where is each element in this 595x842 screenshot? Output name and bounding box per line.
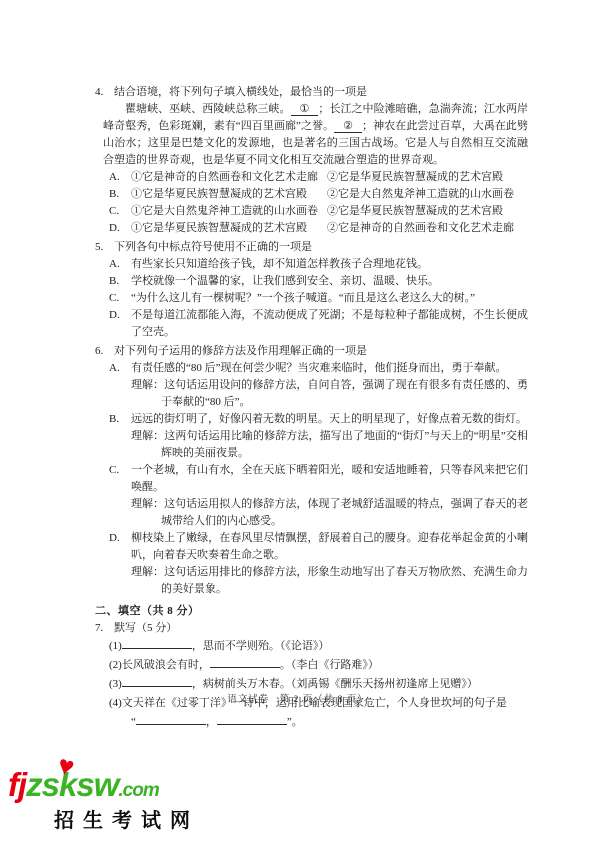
option-sentence: 柳枝染上了嫩绿，在春风里尽情飘摆，舒展着自己的腰身。迎春花举起金黄的小喇叭，向着… <box>131 530 528 564</box>
option-label: C. <box>109 462 131 530</box>
q5-option-d: D. 不是每道江流都能入海，不流动便成了死湖；不是每粒种子都能成树，不生长便成了… <box>109 307 528 341</box>
option-sentence: 有责任感的“80 后”现在何尝少呢？当灾难来临时，他们挺身而出，勇于奉献。 <box>131 360 528 377</box>
q4-options: A. ①它是神奇的自然画卷和文化艺术走廊 ②它是华夏民族智慧凝成的艺术宫殿 B.… <box>109 169 528 237</box>
option-sentence: 一个老城，有山有水，全在天底下晒着阳光，暖和安适地睡着，只等春风来把它们唤醒。 <box>131 462 528 496</box>
watermark-site-name: 招生考试网 <box>54 809 238 833</box>
blank-underline <box>122 637 192 649</box>
option-label: B. <box>109 411 131 462</box>
option-part2: ②它是华夏民族智慧凝成的艺术宫殿 <box>327 169 528 186</box>
option-analysis: 理解：这句话运用排比的修辞方法，形象生动地写出了春天万物欣然、充满生命力的美好景… <box>131 564 528 598</box>
option-analysis: 理解：这两句话运用比喻的修辞方法，描写出了地面的“街灯”与天上的“明星”交相辉映… <box>131 428 528 462</box>
q4-option-c: C. ①它是大自然鬼斧神工造就的山水画卷 ②它是华夏民族智慧凝成的艺术宫殿 <box>109 203 528 220</box>
q7-number: 7. <box>95 620 114 637</box>
section-2-heading: 二、填空（共 8 分） <box>95 603 528 620</box>
q4-option-b: B. ①它是华夏民族智慧凝成的艺术宫殿 ②它是大自然鬼斧神工造就的山水画卷 <box>109 186 528 203</box>
option-part1: ①它是华夏民族智慧凝成的艺术宫殿 <box>131 220 327 237</box>
option-body: 有责任感的“80 后”现在何尝少呢？当灾难来临时，他们挺身而出，勇于奉献。 理解… <box>131 360 528 411</box>
q4-stem-text: 结合语境，将下列句子填入横线处，最恰当的一项是 <box>114 84 367 101</box>
q6-stem: 6. 对下列句子运用的修辞方法及作用理解正确的一项是 <box>95 343 528 360</box>
item-text-before: 长风破浪会有时， <box>122 659 210 671</box>
question-5: 5. 下列各句中标点符号使用不正确的一项是 A. 有些家长只知道给孩子钱，却不知… <box>95 239 528 341</box>
q5-option-b: B. 学校就像一个温馨的家，让我们感到安全、亲切、温暖、快乐。 <box>109 273 528 290</box>
q4-option-a: A. ①它是神奇的自然画卷和文化艺术走廊 ②它是华夏民族智慧凝成的艺术宫殿 <box>109 169 528 186</box>
option-text: 有些家长只知道给孩子钱，却不知道怎样教孩子合理地花钱。 <box>131 256 528 273</box>
option-analysis: 理解：这句话运用拟人的修辞方法，体现了老城舒适温暖的特点，强调了春天的老城带给人… <box>131 496 528 530</box>
q6-option-c: C. 一个老城，有山有水，全在天底下晒着阳光，暖和安适地睡着，只等春风来把它们唤… <box>109 462 528 530</box>
q4-option-d: D. ①它是华夏民族智慧凝成的艺术宫殿 ②它是神奇的自然画卷和文化艺术走廊 <box>109 220 528 237</box>
page-footer: 语文试卷 第 2 页（共 8 页） <box>0 692 595 709</box>
option-part1: ①它是大自然鬼斧神工造就的山水画卷 <box>131 203 327 220</box>
circled-1-marker: ① <box>300 103 310 115</box>
q6-option-b: B. 远远的街灯明了，好像闪着无数的明星。天上的明星现了，好像点着无数的街灯。 … <box>109 411 528 462</box>
option-sentence: 远远的街灯明了，好像闪着无数的明星。天上的明星现了，好像点着无数的街灯。 <box>131 411 528 428</box>
q6-stem-text: 对下列句子运用的修辞方法及作用理解正确的一项是 <box>114 343 367 360</box>
question-7: 7. 默写（5 分） (1)，思而不学则殆。（《论语》） (2)长风破浪会有时，… <box>95 620 528 732</box>
q4-passage-seg1: 瞿塘峡、巫峡、西陵峡总称三峡。 <box>125 103 291 115</box>
option-label: D. <box>109 307 131 341</box>
option-label: D. <box>109 530 131 598</box>
item-text-after: ，思而不学则殆。（《论语》） <box>192 640 330 652</box>
option-part1: ①它是神奇的自然画卷和文化艺术走廊 <box>131 169 327 186</box>
q4-stem: 4. 结合语境，将下列句子填入横线处，最恰当的一项是 <box>95 84 528 101</box>
item-text-after: ，病树前头万木春。（刘禹锡《酬乐天扬州初逢席上见赠》） <box>192 678 478 690</box>
item-prefix: (1) <box>109 640 122 652</box>
q4-number: 4. <box>95 84 114 101</box>
option-label: D. <box>109 220 131 237</box>
q5-stem: 5. 下列各句中标点符号使用不正确的一项是 <box>95 239 528 256</box>
watermark-logo: ♥fjzsksw.com 招生考试网 <box>8 768 238 833</box>
question-4: 4. 结合语境，将下列句子填入横线处，最恰当的一项是 瞿塘峡、巫峡、西陵峡总称三… <box>95 84 528 237</box>
q5-option-a: A. 有些家长只知道给孩子钱，却不知道怎样教孩子合理地花钱。 <box>109 256 528 273</box>
option-part2: ②它是大自然鬼斧神工造就的山水画卷 <box>327 186 528 203</box>
circled-2-marker: ② <box>343 120 353 132</box>
exam-content: 4. 结合语境，将下列句子填入横线处，最恰当的一项是 瞿塘峡、巫峡、西陵峡总称三… <box>95 84 528 734</box>
option-label: A. <box>109 256 131 273</box>
quote-close: ”。 <box>287 716 303 728</box>
q6-option-d: D. 柳枝染上了嫩绿，在春风里尽情飘摆，舒展着自己的腰身。迎春花举起金黄的小喇叭… <box>109 530 528 598</box>
watermark-url-fj: fj <box>8 766 26 803</box>
blank-underline <box>217 713 287 725</box>
watermark-url: ♥fjzsksw.com <box>8 768 238 808</box>
q5-option-c: C. “为什么这儿有一棵树呢？”一个孩子喊道。“而且是这么老这么大的树。” <box>109 290 528 307</box>
q7-item-2: (2)长风破浪会有时，。（李白《行路难》） <box>109 656 528 675</box>
option-part1: ①它是华夏民族智慧凝成的艺术宫殿 <box>131 186 327 203</box>
blank-underline <box>122 675 192 687</box>
q6-options: A. 有责任感的“80 后”现在何尝少呢？当灾难来临时，他们挺身而出，勇于奉献。… <box>109 360 528 598</box>
option-body: 一个老城，有山有水，全在天底下晒着阳光，暖和安适地睡着，只等春风来把它们唤醒。 … <box>131 462 528 530</box>
option-label: C. <box>109 203 131 220</box>
option-body: 柳枝染上了嫩绿，在春风里尽情飘摆，舒展着自己的腰身。迎春花举起金黄的小喇叭，向着… <box>131 530 528 598</box>
option-text: “为什么这儿有一棵树呢？”一个孩子喊道。“而且是这么老这么大的树。” <box>131 290 528 307</box>
option-label: A. <box>109 169 131 186</box>
q4-blank-2: ② <box>334 120 362 133</box>
option-label: C. <box>109 290 131 307</box>
q7-items: (1)，思而不学则殆。（《论语》） (2)长风破浪会有时，。（李白《行路难》） … <box>109 637 528 732</box>
q7-item-4-quote-line: “，”。 <box>131 713 528 732</box>
q6-option-a: A. 有责任感的“80 后”现在何尝少呢？当灾难来临时，他们挺身而出，勇于奉献。… <box>109 360 528 411</box>
q5-stem-text: 下列各句中标点符号使用不正确的一项是 <box>114 239 312 256</box>
q7-stem: 7. 默写（5 分） <box>95 620 528 637</box>
option-body: 远远的街灯明了，好像闪着无数的明星。天上的明星现了，好像点着无数的街灯。 理解：… <box>131 411 528 462</box>
item-prefix: (3) <box>109 678 122 690</box>
blank-underline <box>136 713 206 725</box>
option-label: B. <box>109 186 131 203</box>
option-part2: ②它是神奇的自然画卷和文化艺术走廊 <box>327 220 528 237</box>
quote-comma: ， <box>206 716 217 728</box>
q6-number: 6. <box>95 343 114 360</box>
q4-blank-1: ① <box>291 103 319 116</box>
q4-passage: 瞿塘峡、巫峡、西陵峡总称三峡。①；长江之中险滩暗礁，急湍奔流；江水两岸峰奇壑秀，… <box>103 101 528 169</box>
option-part2: ②它是华夏民族智慧凝成的艺术宫殿 <box>327 203 528 220</box>
q7-stem-text: 默写（5 分） <box>114 620 177 637</box>
watermark-url-com: .com <box>118 780 158 801</box>
question-6: 6. 对下列句子运用的修辞方法及作用理解正确的一项是 A. 有责任感的“80 后… <box>95 343 528 598</box>
option-label: A. <box>109 360 131 411</box>
option-analysis: 理解：这句话运用设问的修辞方法，自问自答，强调了现在有很多有责任感的、勇于奉献的… <box>131 377 528 411</box>
q5-number: 5. <box>95 239 114 256</box>
option-label: B. <box>109 273 131 290</box>
option-text: 学校就像一个温馨的家，让我们感到安全、亲切、温暖、快乐。 <box>131 273 528 290</box>
option-text: 不是每道江流都能入海，不流动便成了死湖；不是每粒种子都能成树，不生长便成了空壳。 <box>131 307 528 341</box>
blank-underline <box>210 656 280 668</box>
q7-item-1: (1)，思而不学则殆。（《论语》） <box>109 637 528 656</box>
item-prefix: (2) <box>109 659 122 671</box>
item-text-after: 。（李白《行路难》） <box>280 659 379 671</box>
q5-options: A. 有些家长只知道给孩子钱，却不知道怎样教孩子合理地花钱。 B. 学校就像一个… <box>109 256 528 341</box>
watermark-url-zsksw: zsksw <box>26 766 118 803</box>
